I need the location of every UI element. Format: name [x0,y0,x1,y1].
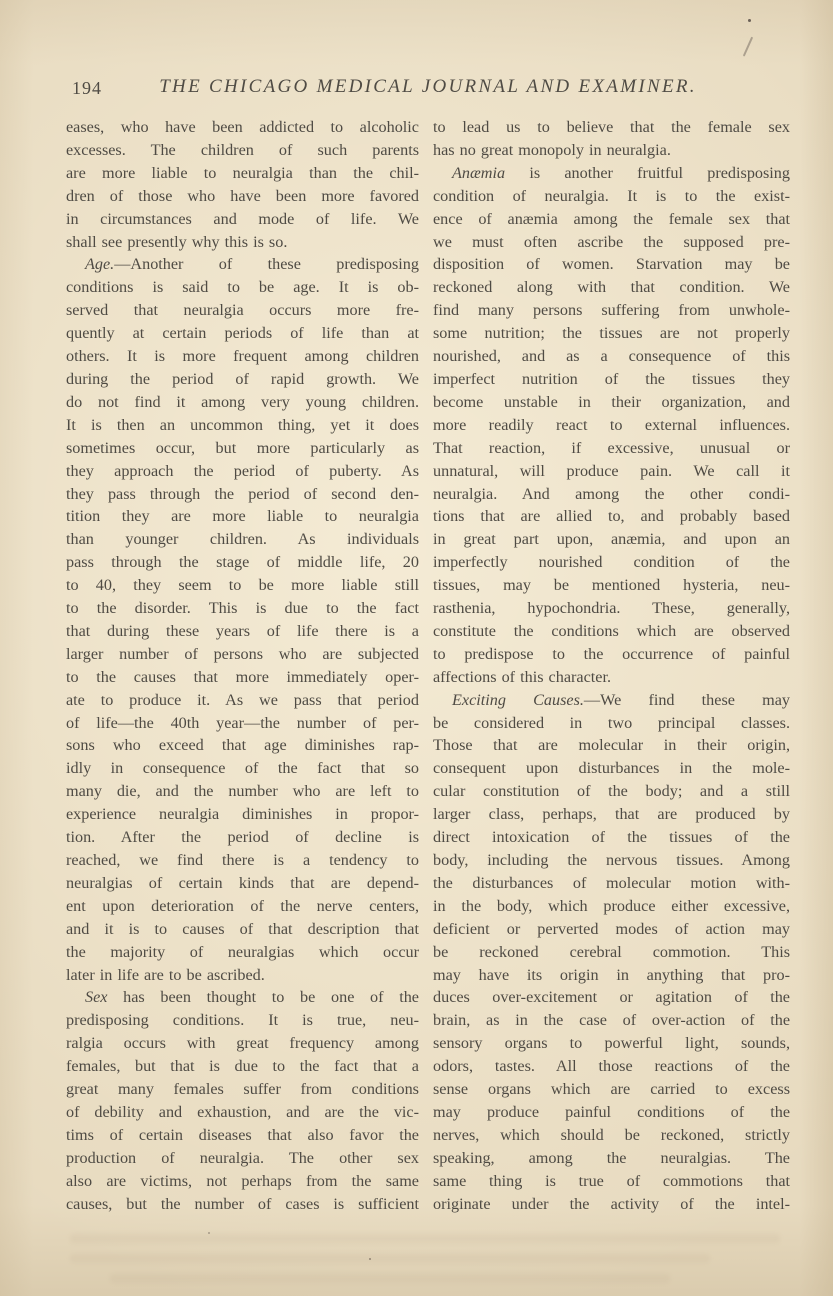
text-line: direct intoxication of the tissues of th… [433,826,790,849]
text-line: be considered in two principal classes. [433,712,790,735]
italic-lead-word: Sex [85,988,107,1006]
text-line: do not find it among very young children… [66,391,419,414]
text-line: more readily react to external influence… [433,414,790,437]
article-body: eases, who have been addicted to alcohol… [66,116,790,1216]
text-line: tims of certain diseases that also favor… [66,1124,419,1147]
text-line: deficient or perverted modes of action m… [433,918,790,941]
text-line: tissues, may be mentioned hysteria, neu- [433,574,790,597]
text-line: we must often ascribe the supposed pre- [433,231,790,254]
text-line: cular constitution of the body; and a st… [433,780,790,803]
text-line: sensory organs to powerful light, sounds… [433,1032,790,1055]
text-line: Anæmia is another fruitful predisposing [433,162,790,185]
text-line: imperfectly nourished condition of the [433,551,790,574]
text-line: may produce painful conditions of the [433,1101,790,1124]
text-line: affections of this character. [433,666,790,689]
text-line: sons who exceed that age diminishes rap- [66,734,419,757]
text-line: shall see presently why this is so. [66,231,419,254]
text-line: predisposing conditions. It is true, neu… [66,1009,419,1032]
text-line: body, including the nervous tissues. Amo… [433,849,790,872]
text-line: production of neuralgia. The other sex [66,1147,419,1170]
text-line: ence of anæmia among the female sex that [433,208,790,231]
text-line: than younger children. As individuals [66,528,419,551]
text-line: others. It is more frequent among childr… [66,345,419,368]
text-line: reckoned along with that condition. We [433,276,790,299]
text-line: disposition of women. Starvation may be [433,253,790,276]
text-line: imperfect nutrition of the tissues they [433,368,790,391]
text-line: ralgia occurs with great frequency among [66,1032,419,1055]
text-line: the majority of neuralgias which occur [66,941,419,964]
italic-lead-word: Anæmia [452,164,505,182]
text-line: speaking, among the neuralgias. The [433,1147,790,1170]
text-line: neuralgia. And among the other condi- [433,483,790,506]
text-line: be reckoned cerebral commotion. This [433,941,790,964]
text-line: pass through the stage of middle life, 2… [66,551,419,574]
text-line: served that neuralgia occurs more fre- [66,299,419,322]
show-through-ghost-text [70,1234,780,1243]
text-line: conditions is said to be age. It is ob- [66,276,419,299]
text-line: and it is to causes of that description … [66,918,419,941]
text-line: causes, but the number of cases is suffi… [66,1193,419,1216]
text-line: they pass through the period of second d… [66,483,419,506]
italic-lead-word: Exciting Causes. [452,691,584,709]
text-line: excesses. The children of such parents [66,139,419,162]
text-line: Exciting Causes.—We find these may [433,689,790,712]
text-line: has no great monopoly in neuralgia. [433,139,790,162]
text-line: tions that are allied to, and probably b… [433,505,790,528]
text-line: experience neuralgia diminishes in propo… [66,803,419,826]
text-line: during the period of rapid growth. We [66,368,419,391]
text-line: tition they are more liable to neuralgia [66,505,419,528]
text-line: sense organs which are carried to excess [433,1078,790,1101]
text-line: find many persons suffering from unwhole… [433,299,790,322]
show-through-ghost-text [110,1274,670,1283]
text-line: ent upon deterioration of the nerve cent… [66,895,419,918]
show-through-ghost-text [70,1254,710,1263]
text-line: in circumstances and mode of life. We [66,208,419,231]
text-line: to 40, they seem to be more liable still [66,574,419,597]
text-line: unnatural, will produce pain. We call it [433,460,790,483]
text-line: nourished, and as a consequence of this [433,345,790,368]
text-line: they approach the period of puberty. As [66,460,419,483]
text-line: brain, as in the case of over-action of … [433,1009,790,1032]
text-line: ate to produce it. As we pass that perio… [66,689,419,712]
text-line: dren of those who have been more favored [66,185,419,208]
text-line: larger class, perhaps, that are produced… [433,803,790,826]
text-line: neuralgias of certain kinds that are dep… [66,872,419,895]
text-line: consequent upon disturbances in the mole… [433,757,790,780]
text-line: later in life are to be ascribed. [66,964,419,987]
scanned-journal-page: 194 THE CHICAGO MEDICAL JOURNAL AND EXAM… [0,0,833,1296]
text-line: to predispose to the occurrence of painf… [433,643,790,666]
text-line: eases, who have been addicted to alcohol… [66,116,419,139]
text-line: That reaction, if excessive, unusual or [433,437,790,460]
text-line: reached, we find there is a tendency to [66,849,419,872]
text-line: many die, and the number who are left to [66,780,419,803]
text-line: of life—the 40th year—the number of per- [66,712,419,735]
text-line: to the disorder. This is due to the fact [66,597,419,620]
text-line: odors, tastes. All those reactions of th… [433,1055,790,1078]
text-line: originate under the activity of the inte… [433,1193,790,1216]
text-line: great many females suffer from condition… [66,1078,419,1101]
text-line: sometimes occur, but more particularly a… [66,437,419,460]
italic-lead-word: Age. [85,255,114,273]
text-line: same thing is true of commotions that [433,1170,790,1193]
text-line: the disturbances of molecular motion wit… [433,872,790,895]
text-line: are more liable to neuralgia than the ch… [66,162,419,185]
text-line: duces over-excitement or agitation of th… [433,986,790,1009]
text-line: constitute the conditions which are obse… [433,620,790,643]
text-line: females, but that is due to the fact tha… [66,1055,419,1078]
text-line: some nutrition; the tissues are not prop… [433,322,790,345]
journal-title: THE CHICAGO MEDICAL JOURNAL AND EXAMINER… [66,76,790,98]
page-header: 194 THE CHICAGO MEDICAL JOURNAL AND EXAM… [66,76,790,102]
text-line: to the causes that more immediately oper… [66,666,419,689]
text-line: in great part upon, anæmia, and upon an [433,528,790,551]
text-line: nerves, which should be reckoned, strict… [433,1124,790,1147]
text-line: Sex has been thought to be one of the [66,986,419,1009]
text-line: of debility and exhaustion, and are the … [66,1101,419,1124]
text-column-right: to lead us to believe that the female se… [433,116,790,1216]
text-line: condition of neuralgia. It is to the exi… [433,185,790,208]
text-line: tion. After the period of decline is [66,826,419,849]
pencil-mark-artifact [743,37,753,57]
text-line: quently at certain periods of life than … [66,322,419,345]
paper-speck [748,19,751,22]
text-line: become unstable in their organization, a… [433,391,790,414]
text-line: may have its origin in anything that pro… [433,964,790,987]
text-line: larger number of persons who are subject… [66,643,419,666]
text-line: It is then an uncommon thing, yet it doe… [66,414,419,437]
text-column-left: eases, who have been addicted to alcohol… [66,116,419,1216]
text-line: that during these years of life there is… [66,620,419,643]
text-line: Those that are molecular in their origin… [433,734,790,757]
text-line: idly in consequence of the fact that so [66,757,419,780]
text-line: rasthenia, hypochondria. These, generall… [433,597,790,620]
text-line: also are victims, not perhaps from the s… [66,1170,419,1193]
text-line: in the body, which produce either excess… [433,895,790,918]
text-line: Age.—Another of these predisposing [66,253,419,276]
text-line: to lead us to believe that the female se… [433,116,790,139]
